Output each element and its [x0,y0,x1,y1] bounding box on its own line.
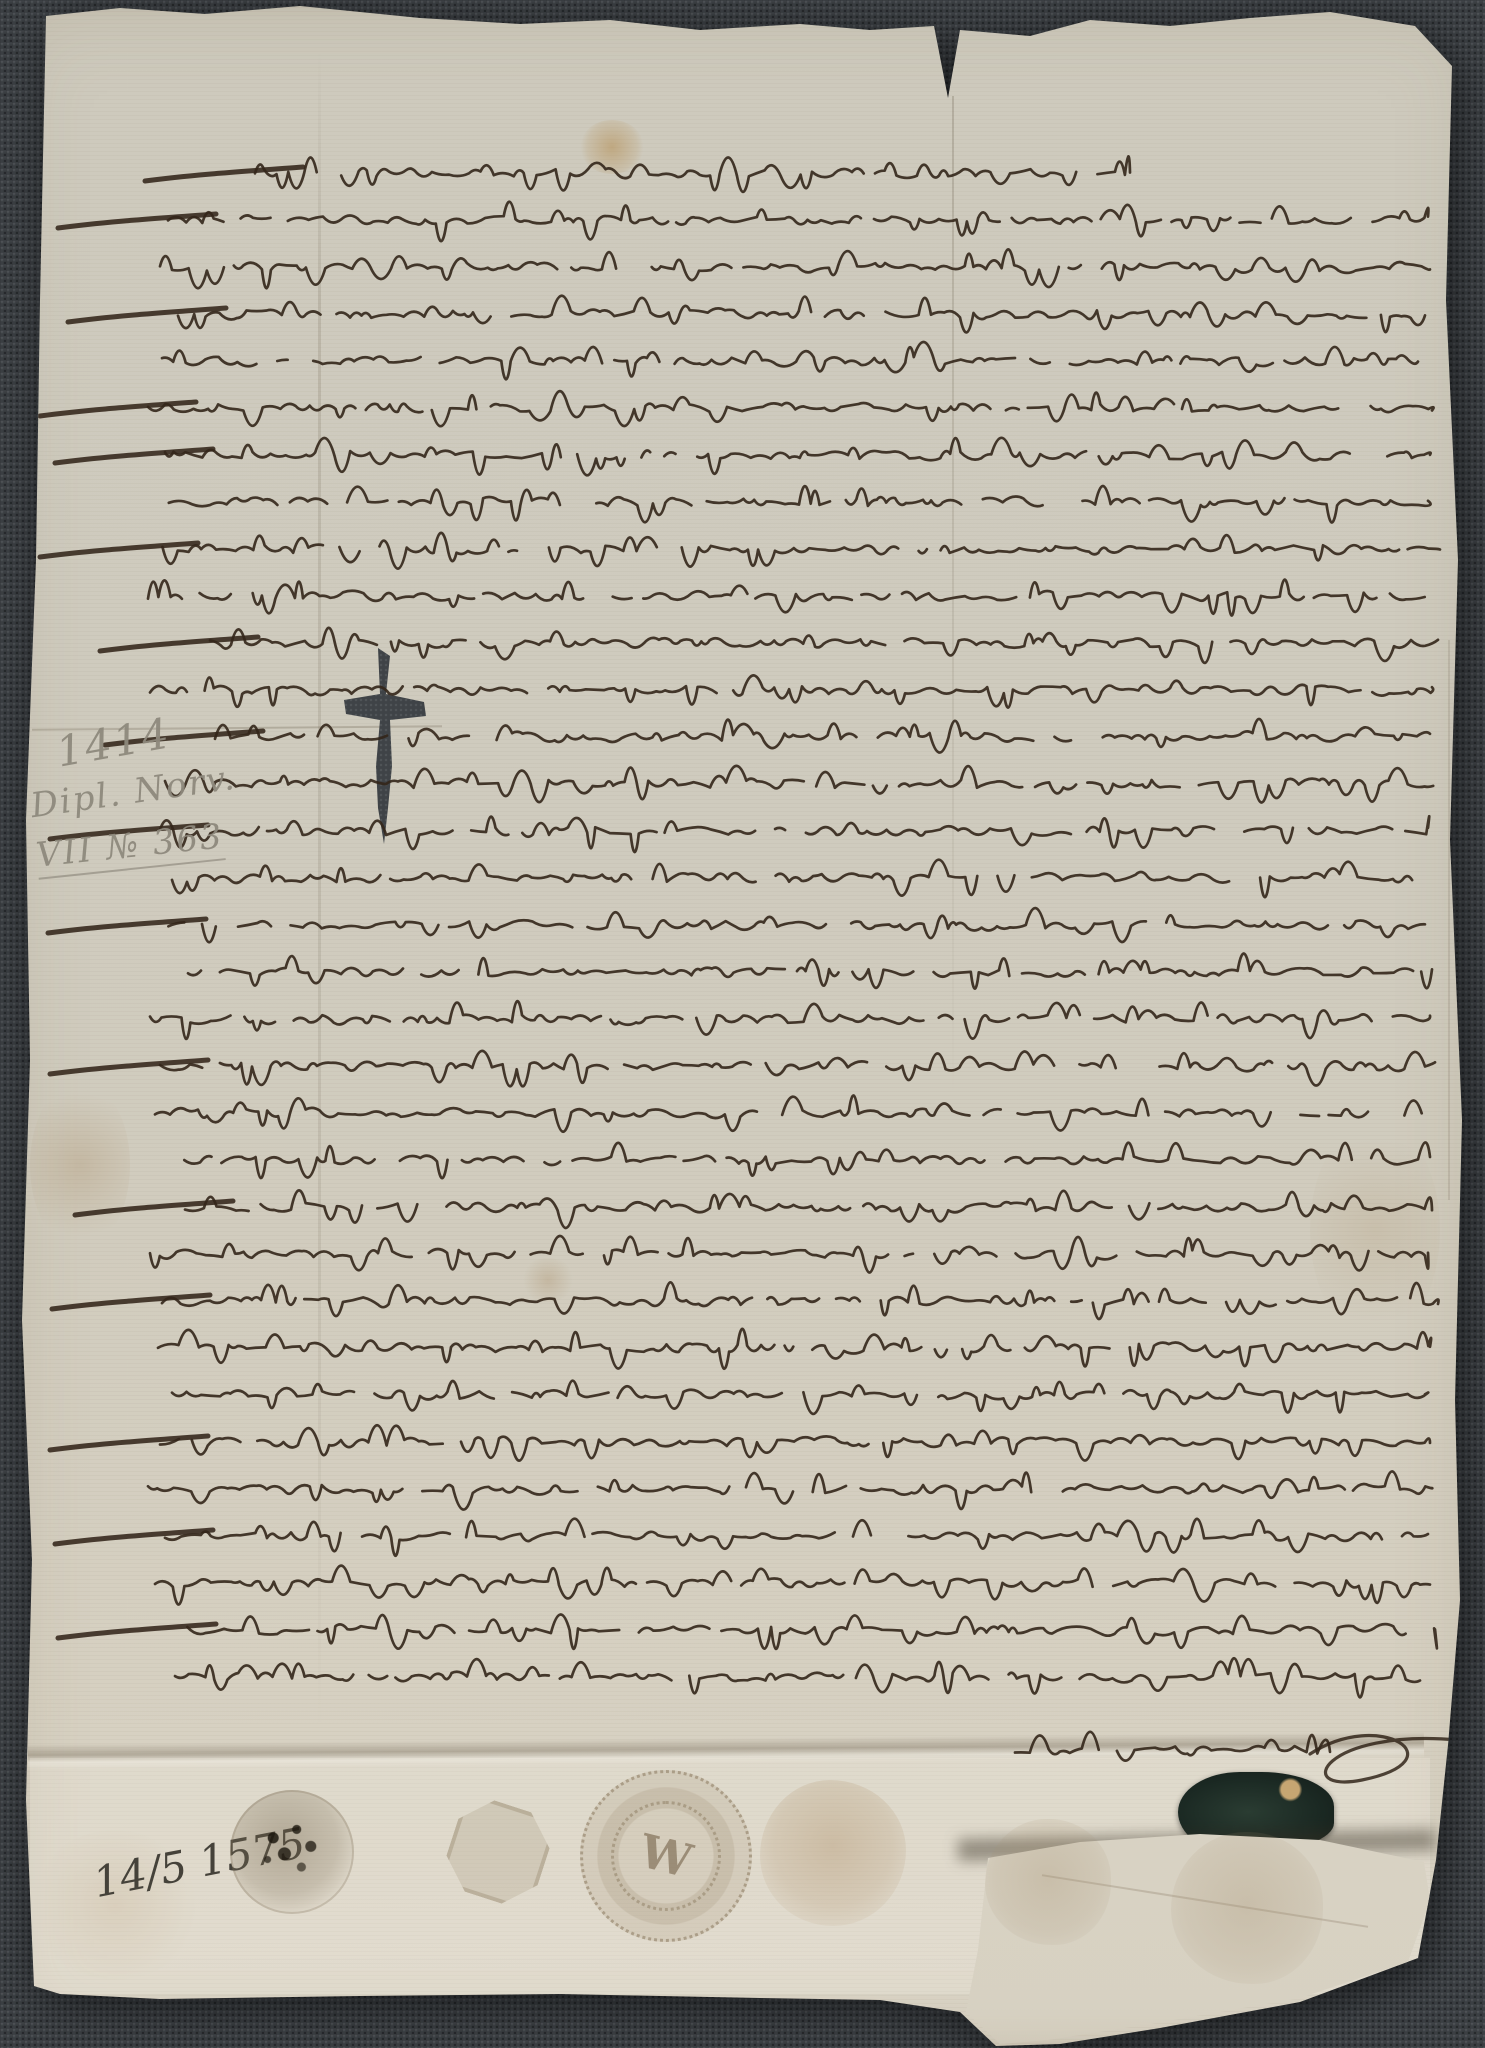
seal-faint-right [1171,1832,1323,1984]
seal-row-on-flap [0,0,1485,2048]
seal-faint-left [985,1819,1111,1945]
photographed-manuscript-on-cloth: 1414 Dipl. Norv. VII № 363 14/5 1575 W [0,0,1485,2048]
manuscript-paper-sheet: 1414 Dipl. Norv. VII № 363 14/5 1575 W [0,0,1485,2048]
paper-shadow-wrap: 1414 Dipl. Norv. VII № 363 14/5 1575 W [0,0,1485,2048]
